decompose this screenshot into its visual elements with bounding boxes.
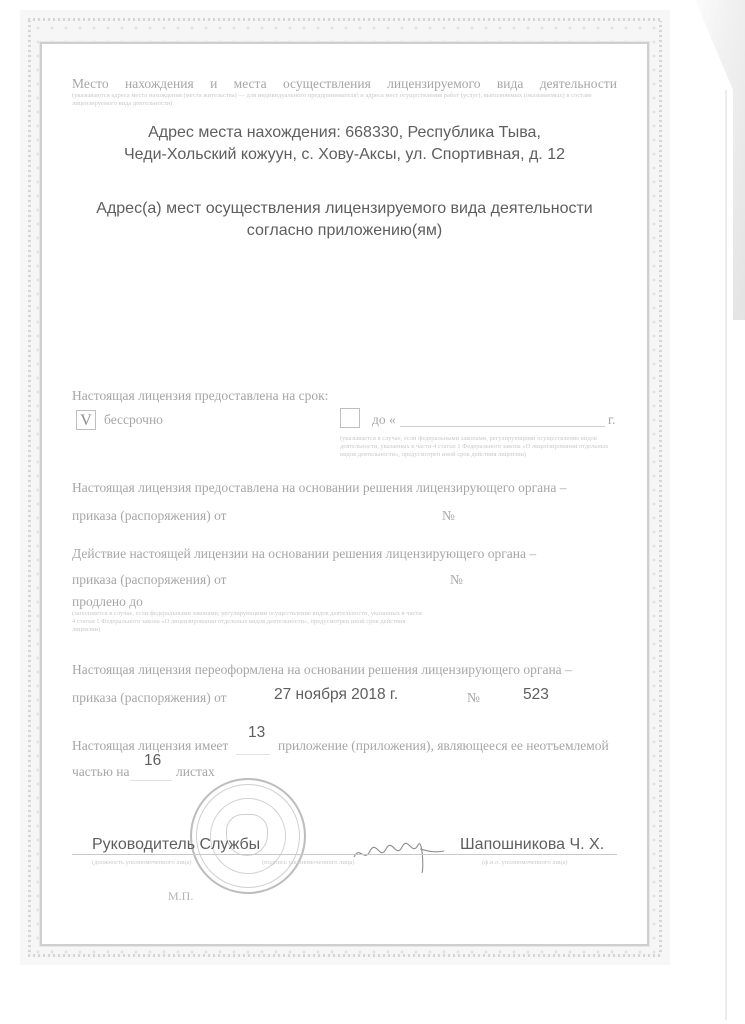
sheet-count: 16 bbox=[144, 752, 161, 770]
until-suffix: г. bbox=[608, 412, 615, 428]
reissued-number-label: № bbox=[467, 690, 480, 706]
extended-line-3: продлено до bbox=[72, 594, 143, 610]
until-prefix: до « bbox=[372, 412, 396, 428]
address-line-1: Адрес места нахождения: 668330, Республи… bbox=[72, 122, 617, 144]
extended-note: (заполняется в случае, если федеральными… bbox=[72, 610, 422, 634]
reissued-line-2: приказа (распоряжения) от bbox=[72, 690, 227, 706]
activity-places-line-1: Адрес(а) мест осуществления лицензируемо… bbox=[72, 198, 617, 220]
granted-number-label: № bbox=[442, 508, 455, 524]
signature-hint: (подпись уполномоченного лица) bbox=[262, 859, 354, 867]
heading-word: деятельности bbox=[540, 76, 617, 92]
location-address: Адрес места нахождения: 668330, Республи… bbox=[72, 122, 617, 166]
signature-icon bbox=[350, 827, 446, 877]
name-hint: (ф.и.о. уполномоченного лица) bbox=[482, 859, 568, 867]
permanent-label: бессрочно bbox=[104, 412, 163, 428]
activity-places: Адрес(а) мест осуществления лицензируемо… bbox=[72, 198, 617, 242]
annex-line-2-suffix: листах bbox=[176, 764, 215, 780]
granted-line-1: Настоящая лицензия предоставлена на осно… bbox=[72, 480, 566, 496]
signatory-name: Шапошникова Ч. Х. bbox=[460, 836, 604, 854]
heading-word: нахождения bbox=[125, 76, 194, 92]
annex-count-underline bbox=[236, 754, 270, 755]
reissue-number: 523 bbox=[523, 686, 549, 704]
heading-word: места bbox=[234, 76, 267, 92]
annex-line-suffix: приложение (приложения), являющееся ее н… bbox=[278, 738, 609, 754]
page-curl-shadow bbox=[685, 0, 745, 320]
extended-line-2: приказа (распоряжения) от bbox=[72, 572, 227, 588]
reissued-line-1: Настоящая лицензия переоформлена на осно… bbox=[72, 662, 572, 678]
sheet-count-underline bbox=[130, 780, 172, 781]
annex-count: 13 bbox=[248, 724, 265, 742]
heading-word: лицензируемого bbox=[387, 76, 480, 92]
heading-word: осуществления bbox=[283, 76, 371, 92]
address-line-2: Чеди-Хольский кожуун, с. Хову-Аксы, ул. … bbox=[72, 144, 617, 166]
granted-line-2: приказа (распоряжения) от bbox=[72, 508, 227, 524]
extended-number-label: № bbox=[450, 572, 463, 588]
heading-word: Место bbox=[72, 76, 109, 92]
location-heading-note: (указываются адреса места нахождения (ме… bbox=[72, 92, 617, 108]
location-heading: Место нахождения и места осуществления л… bbox=[72, 76, 617, 92]
heading-word: вида bbox=[497, 76, 523, 92]
until-date-field bbox=[400, 426, 605, 427]
reissue-date: 27 ноября 2018 г. bbox=[274, 686, 398, 704]
annex-line-2-prefix: частью на bbox=[72, 764, 130, 780]
signature-line bbox=[72, 854, 617, 855]
activity-places-line-2: согласно приложению(ям) bbox=[72, 220, 617, 242]
permanent-checkbox[interactable]: V bbox=[76, 410, 96, 430]
page-edge bbox=[725, 90, 727, 1020]
term-label: Настоящая лицензия предоставлена на срок… bbox=[72, 388, 328, 404]
extended-line-1: Действие настоящей лицензии на основании… bbox=[72, 546, 536, 562]
heading-word: и bbox=[210, 76, 217, 92]
signatory-role: Руководитель Службы bbox=[92, 836, 260, 854]
role-hint: (должность уполномоченного лица) bbox=[92, 859, 192, 867]
until-date-checkbox[interactable] bbox=[340, 408, 360, 428]
seal-place-label: М.П. bbox=[168, 889, 193, 904]
until-note: (указывается в случае, если федеральными… bbox=[340, 435, 615, 459]
